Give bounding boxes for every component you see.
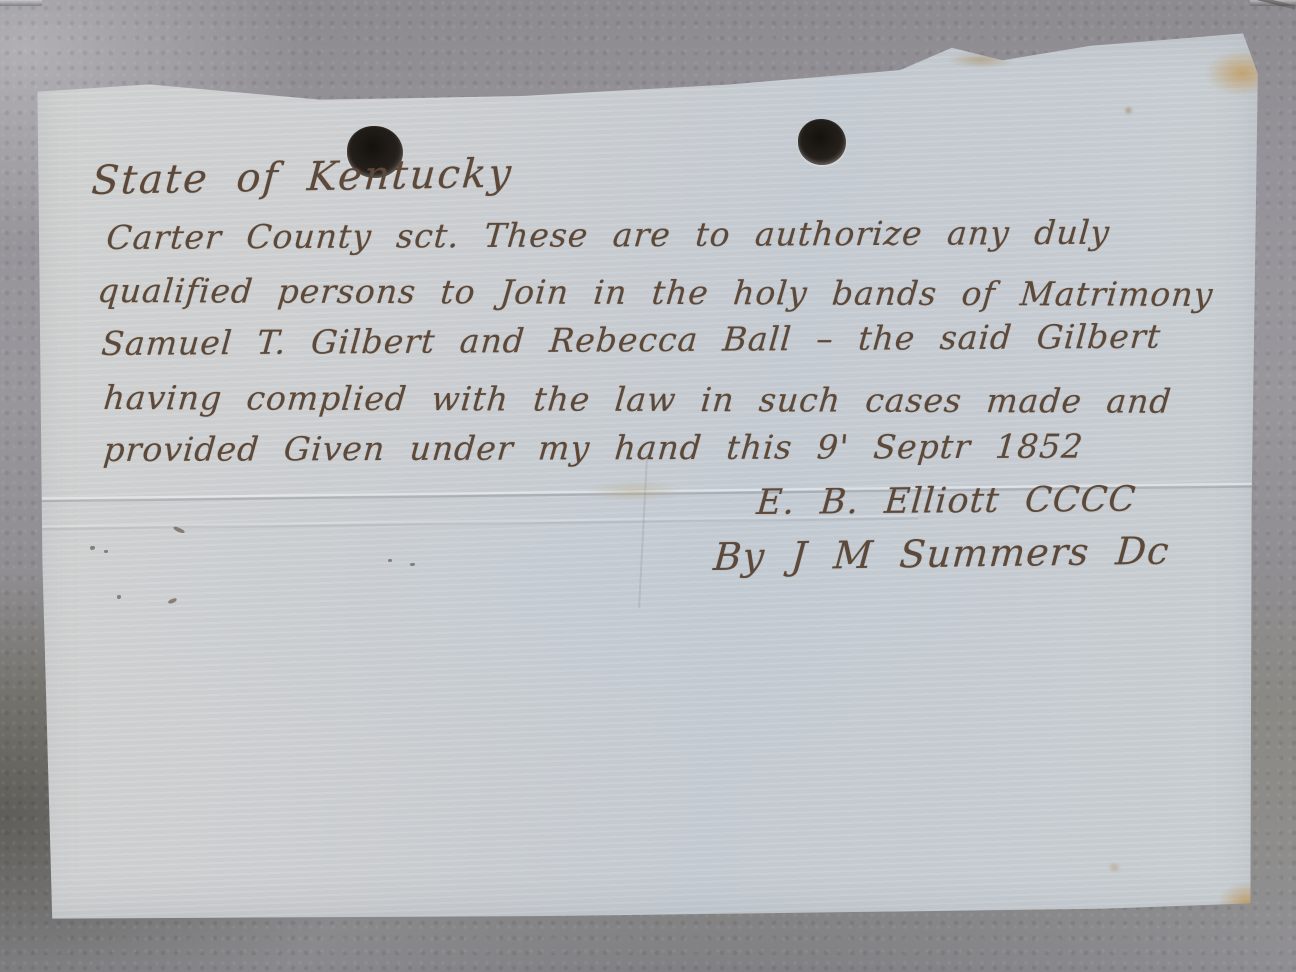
- stain-fold: [586, 480, 682, 502]
- document-line: having complied with the law in such cas…: [102, 378, 1173, 421]
- ink-speck: [410, 563, 415, 566]
- document-line: qualified persons to Join in the holy ba…: [96, 271, 1215, 314]
- signature-deputy: By J M Summers Dc: [712, 529, 1171, 579]
- leather-seam-left: [0, 0, 42, 6]
- document-heading: State of Kentucky: [90, 151, 515, 204]
- ink-speck: [90, 546, 95, 550]
- ink-speck: [104, 550, 108, 553]
- punch-hole-right: [798, 119, 846, 165]
- document-line: provided Given under my hand this 9' Sep…: [102, 427, 1085, 469]
- photo-scene: State of Kentucky Carter County sct. The…: [0, 0, 1296, 972]
- document-line: Carter County sct. These are to authoriz…: [105, 213, 1112, 257]
- ink-speck: [117, 595, 121, 599]
- ink-speck: [168, 598, 178, 605]
- stain-dot: [1108, 862, 1121, 873]
- document-paper: State of Kentucky Carter County sct. The…: [30, 28, 1264, 924]
- signature-clerk: E. B. Elliott CCCC: [755, 480, 1138, 523]
- ink-speck: [388, 559, 392, 562]
- document-line: Samuel T. Gilbert and Rebecca Ball – the…: [100, 317, 1163, 363]
- stain-dot: [1124, 106, 1133, 115]
